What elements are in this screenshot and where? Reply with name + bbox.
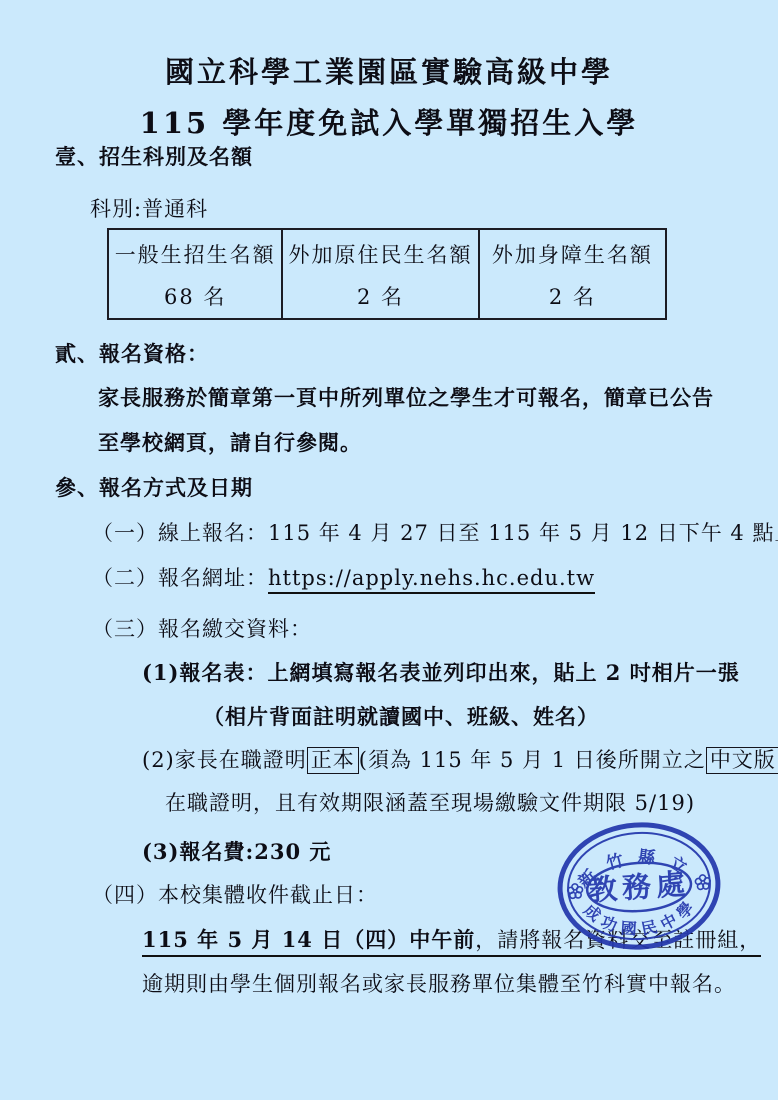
stamp-center-text: 教務處 (587, 866, 691, 907)
doc1-application-form: (1)報名表：上網填寫報名表並列印出來，貼上 2 吋相片一張 (142, 659, 740, 686)
table-value: 2 名 (480, 281, 665, 311)
doc2-mid: (須為 115 年 5 月 1 日後所開立之 (359, 748, 706, 772)
section2-text-line2: 至學校網頁，請自行參閱。 (98, 429, 362, 456)
online-registration-period: （一）線上報名：115 年 4 月 27 日至 115 年 5 月 12 日下午… (92, 520, 778, 547)
section1-heading: 壹、招生科別及名額 (55, 143, 253, 170)
table-cell-disability: 外加身障生名額 2 名 (478, 230, 665, 318)
quota-table: 一般生招生名額 68 名 外加原住民生名額 2 名 外加身障生名額 2 名 (107, 228, 667, 320)
doc1-photo-note: （相片背面註明就讀國中、班級、姓名） (203, 703, 599, 730)
table-cell-general: 一般生招生名額 68 名 (109, 230, 281, 318)
doc2-prefix: (2)家長在職證明 (142, 748, 307, 772)
doc2-employment-proof-line1: (2)家長在職證明正本(須為 115 年 5 月 1 日後所開立之中文版 (142, 747, 778, 774)
registration-url-label: （二）報名網址： (92, 566, 268, 590)
table-header: 外加身障生名額 (480, 239, 665, 269)
office-seal-stamp: 新竹縣立 成功國民中學 教務處 (544, 810, 733, 962)
doc2-chinese-version-box: 中文版 (706, 747, 778, 774)
table-header: 外加原住民生名額 (283, 239, 477, 269)
doc3-registration-fee: (3)報名費:230 元 (142, 838, 331, 865)
table-value: 68 名 (109, 281, 281, 311)
doc2-original-box: 正本 (307, 747, 359, 774)
admission-subtitle: 115 學年度免試入學單獨招生入學 (0, 101, 778, 142)
section3-heading: 參、報名方式及日期 (55, 474, 253, 501)
category-label: 科別:普通科 (90, 196, 208, 223)
deadline-date: 115 年 5 月 14 日（四）中午前 (142, 927, 475, 952)
section2-text-line1: 家長服務於簡章第一頁中所列單位之學生才可報名，簡章已公告 (98, 384, 714, 411)
table-header: 一般生招生名額 (109, 239, 281, 269)
registration-url: https://apply.nehs.hc.edu.tw (268, 566, 595, 594)
collection-deadline-line2: 逾期則由學生個別報名或家長服務單位集體至竹科實中報名。 (142, 971, 736, 998)
doc2-employment-proof-line2: 在職證明，且有效期限涵蓋至現場繳驗文件期限 5/19) (165, 790, 695, 817)
school-title: 國立科學工業園區實驗高級中學 (0, 50, 778, 91)
submission-documents-heading: （三）報名繳交資料： (92, 616, 312, 643)
collection-deadline-heading: （四）本校集體收件截止日： (92, 882, 378, 909)
plum-blossom-icon (567, 883, 583, 898)
registration-url-line: （二）報名網址：https://apply.nehs.hc.edu.tw (92, 565, 595, 592)
document-page: 國立科學工業園區實驗高級中學 115 學年度免試入學單獨招生入學 壹、招生科別及… (0, 0, 778, 1100)
table-value: 2 名 (283, 281, 477, 311)
section2-heading: 貳、報名資格： (55, 340, 209, 367)
table-cell-indigenous: 外加原住民生名額 2 名 (281, 230, 477, 318)
